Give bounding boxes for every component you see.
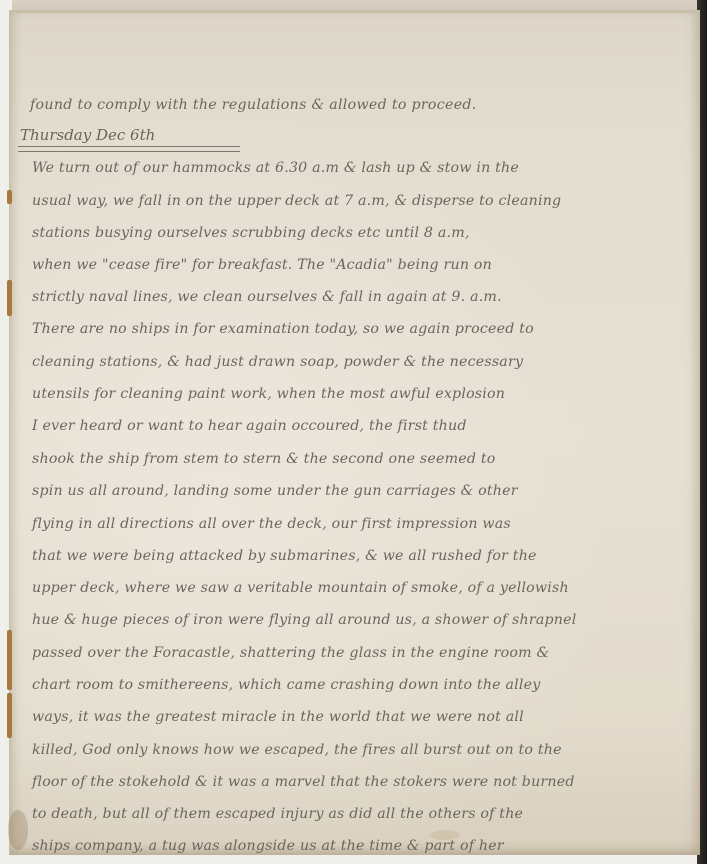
text-line: stations busying ourselves scrubbing dec… [32, 223, 470, 243]
text-line: strictly naval lines, we clean ourselves… [32, 287, 502, 307]
staple-mark [7, 280, 12, 316]
text-line: We turn out of our hammocks at 6.30 a.m … [32, 158, 519, 178]
text-line: to death, but all of them escaped injury… [32, 804, 523, 824]
text-line: cleaning stations, & had just drawn soap… [32, 352, 523, 372]
text-line: There are no ships in for examination to… [32, 319, 534, 339]
entry-heading: Thursday Dec 6th [20, 126, 155, 144]
page-top-edge [10, 10, 700, 13]
text-line: killed, God only knows how we escaped, t… [32, 740, 562, 760]
text-line: shook the ship from stem to stern & the … [32, 449, 495, 469]
text-line: passed over the Foracastle, shattering t… [32, 643, 549, 663]
text-line: utensils for cleaning paint work, when t… [32, 384, 505, 404]
text-line: upper deck, where we saw a veritable mou… [32, 578, 569, 598]
text-line: that we were being attacked by submarine… [32, 546, 537, 566]
text-line: hue & huge pieces of iron were flying al… [32, 610, 576, 630]
binding-tape-mark [7, 630, 12, 690]
paper-stain [8, 810, 28, 850]
text-line: when we "cease fire" for breakfast. The … [32, 255, 492, 275]
diary-page: found to comply with the regulations & a… [9, 10, 700, 855]
binding-tape-mark [7, 693, 12, 738]
text-line: ships company, a tug was alongside us at… [32, 836, 504, 856]
text-line: ways, it was the greatest miracle in the… [32, 707, 524, 727]
text-line: flying in all directions all over the de… [32, 514, 511, 534]
text-line: usual way, we fall in on the upper deck … [32, 191, 561, 211]
opening-line: found to comply with the regulations & a… [30, 95, 477, 115]
text-line: chart room to smithereens, which came cr… [32, 675, 540, 695]
staple-mark [7, 190, 12, 204]
text-line: spin us all around, landing some under t… [32, 481, 518, 501]
heading-underline [18, 146, 240, 152]
scanned-notebook: found to comply with the regulations & a… [0, 0, 707, 864]
text-line: I ever heard or want to hear again occou… [32, 416, 467, 436]
text-line: floor of the stokehold & it was a marvel… [32, 772, 575, 792]
